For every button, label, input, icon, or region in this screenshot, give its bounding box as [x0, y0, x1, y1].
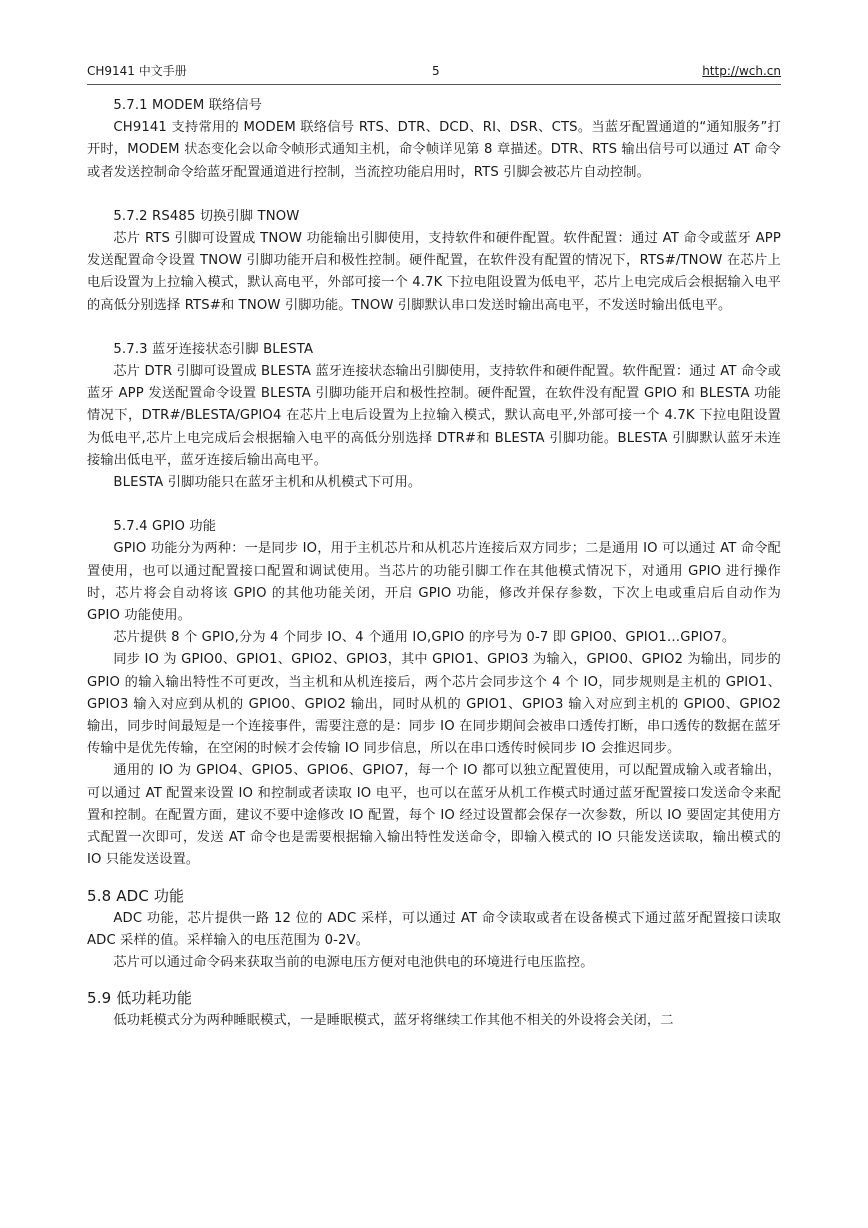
spacer — [87, 494, 781, 516]
section-heading-5-7-3: 5.7.3 蓝牙连接状态引脚 BLESTA — [87, 339, 781, 361]
paragraph: 同步 IO 为 GPIO0、GPIO1、GPIO2、GPIO3，其中 GPIO1… — [87, 649, 781, 760]
paragraph: 芯片提供 8 个 GPIO,分为 4 个同步 IO、4 个通用 IO,GPIO … — [87, 627, 781, 649]
page-body: 5.7.1 MODEM 联络信号 CH9141 支持常用的 MODEM 联络信号… — [87, 95, 781, 1032]
paragraph: 低功耗模式分为两种睡眠模式，一是睡眠模式，蓝牙将继续工作其他不相关的外设将会关闭… — [87, 1010, 781, 1032]
section-heading-5-7-1: 5.7.1 MODEM 联络信号 — [87, 95, 781, 117]
spacer — [87, 872, 781, 884]
paragraph: BLESTA 引脚功能只在蓝牙主机和从机模式下可用。 — [87, 472, 781, 494]
paragraph: 芯片 RTS 引脚可设置成 TNOW 功能输出引脚使用，支持软件和硬件配置。软件… — [87, 228, 781, 317]
paragraph: 芯片可以通过命令码来获取当前的电源电压方便对电池供电的环境进行电压监控。 — [87, 952, 781, 974]
section-heading-5-7-2: 5.7.2 RS485 切换引脚 TNOW — [87, 206, 781, 228]
website-link[interactable]: http://wch.cn — [702, 62, 781, 80]
spacer — [87, 317, 781, 339]
paragraph: 通用的 IO 为 GPIO4、GPIO5、GPIO6、GPIO7，每一个 IO … — [87, 760, 781, 871]
paragraph: 芯片 DTR 引脚可设置成 BLESTA 蓝牙连接状态输出引脚使用，支持软件和硬… — [87, 361, 781, 472]
section-heading-5-8: 5.8 ADC 功能 — [87, 884, 781, 908]
spacer — [87, 184, 781, 206]
section-heading-5-7-4: 5.7.4 GPIO 功能 — [87, 516, 781, 538]
page-header: CH9141 中文手册 5 http://wch.cn — [87, 62, 781, 85]
section-heading-5-9: 5.9 低功耗功能 — [87, 986, 781, 1010]
spacer — [87, 974, 781, 986]
page-number: 5 — [432, 62, 440, 80]
doc-title: CH9141 中文手册 — [87, 62, 187, 80]
paragraph: CH9141 支持常用的 MODEM 联络信号 RTS、DTR、DCD、RI、D… — [87, 117, 781, 184]
paragraph: ADC 功能，芯片提供一路 12 位的 ADC 采样，可以通过 AT 命令读取或… — [87, 908, 781, 952]
paragraph: GPIO 功能分为两种：一是同步 IO，用于主机芯片和从机芯片连接后双方同步；二… — [87, 538, 781, 627]
